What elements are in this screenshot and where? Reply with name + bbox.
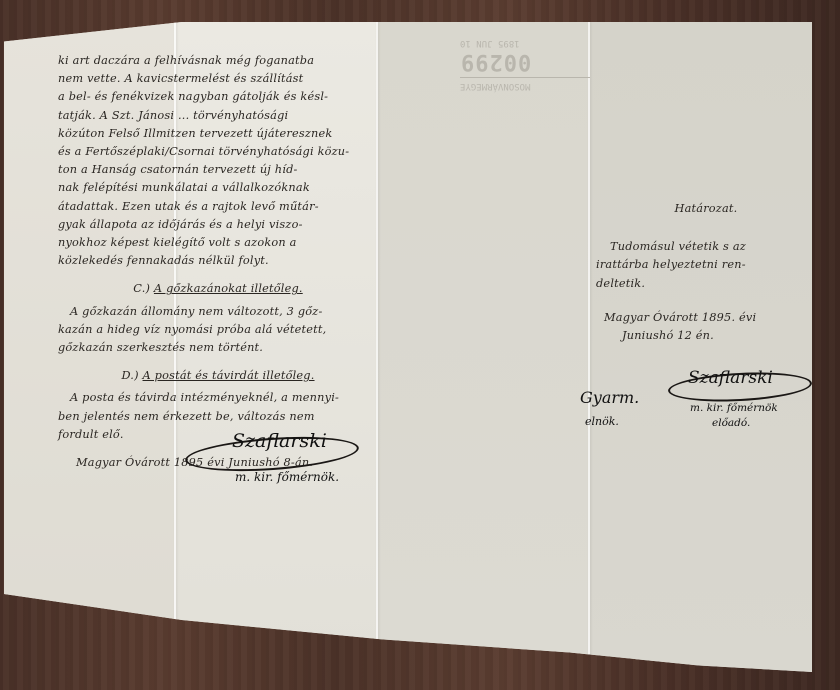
chair-signature-name: Gyarm. bbox=[580, 388, 639, 407]
stamp-date: 1895 JUN 10 bbox=[460, 38, 520, 48]
rapporteur-signature-role: előadó. bbox=[712, 417, 750, 429]
rapporteur-signature-name: Szaflarski bbox=[688, 368, 773, 388]
right-page-text: Határozat. Tudomásul vétetik s az irattá… bbox=[596, 200, 816, 345]
registry-stamp: 1895 JUN 10 00299 MOSONVÁRMEGYE bbox=[460, 30, 590, 91]
chair-signature-title: elnök. bbox=[585, 415, 619, 428]
text-line: és a Fertőszéplaki/Csornai törvényhatósá… bbox=[58, 143, 378, 161]
fold-line bbox=[588, 22, 590, 672]
section-d-heading: D.) A postát és távirdát illetőleg. bbox=[58, 367, 378, 385]
stamp-subtext: MOSONVÁRMEGYE bbox=[460, 81, 590, 91]
text-line: gőzkazán szerkesztés nem történt. bbox=[58, 339, 378, 357]
text-line: ton a Hanság csatornán tervezett új híd- bbox=[58, 161, 378, 179]
text-line: Tudomásul vétetik s az bbox=[596, 238, 816, 256]
text-line: A gőzkazán állomány nem változott, 3 gőz… bbox=[58, 303, 378, 321]
text-line: deltetik. bbox=[596, 275, 816, 293]
panel-4 bbox=[588, 22, 812, 672]
left-signature-name: Szaflarski bbox=[232, 430, 327, 452]
right-date-line: Magyar Óvárott 1895. évi bbox=[596, 309, 816, 327]
text-line: nem vette. A kavicstermelést és szállítá… bbox=[58, 70, 378, 88]
text-line: közúton Felső Illmitzen tervezett újáter… bbox=[58, 125, 378, 143]
panel-3 bbox=[376, 22, 588, 672]
text-line: gyak állapota az időjárás és a helyi vis… bbox=[58, 216, 378, 234]
text-line: ki art daczára a felhívásnak még foganat… bbox=[58, 52, 378, 70]
section-d-title: A postát és távirdát illetőleg. bbox=[143, 369, 315, 382]
stamp-divider bbox=[460, 77, 590, 78]
section-c-prefix: C.) bbox=[133, 282, 150, 295]
text-line: nak felépítési munkálatai a vállalkozókn… bbox=[58, 179, 378, 197]
text-line: átadattak. Ezen utak és a rajtok levő mű… bbox=[58, 198, 378, 216]
section-c-heading: C.) A gőzkazánokat illetőleg. bbox=[58, 280, 378, 298]
text-line: nyokhoz képest kielégítő volt s azokon a bbox=[58, 234, 378, 252]
text-line: irattárba helyeztetni ren- bbox=[596, 256, 816, 274]
text-line: közlekedés fennakadás nélkül folyt. bbox=[58, 252, 378, 270]
stamp-number: 00299 bbox=[460, 49, 531, 74]
text-line: a bel- és fenékvizek nagyban gátolják és… bbox=[58, 88, 378, 106]
resolution-title: Határozat. bbox=[596, 200, 816, 218]
text-line: ben jelentés nem érkezett be, változás n… bbox=[58, 408, 378, 426]
right-date-line: Juniushó 12 én. bbox=[596, 327, 816, 345]
section-c-title: A gőzkazánokat illetőleg. bbox=[154, 282, 303, 295]
left-signature-title: m. kir. főmérnök. bbox=[235, 470, 339, 484]
left-page-text: ki art daczára a felhívásnak még foganat… bbox=[58, 52, 378, 472]
rapporteur-signature-title: m. kir. főmérnök bbox=[690, 402, 778, 414]
text-line: A posta és távirda intézményeknél, a men… bbox=[58, 389, 378, 407]
text-line: kazán a hideg víz nyomási próba alá véte… bbox=[58, 321, 378, 339]
section-d-prefix: D.) bbox=[121, 369, 138, 382]
text-line: tatják. A Szt. Jánosi ... törvényhatóság… bbox=[58, 107, 378, 125]
